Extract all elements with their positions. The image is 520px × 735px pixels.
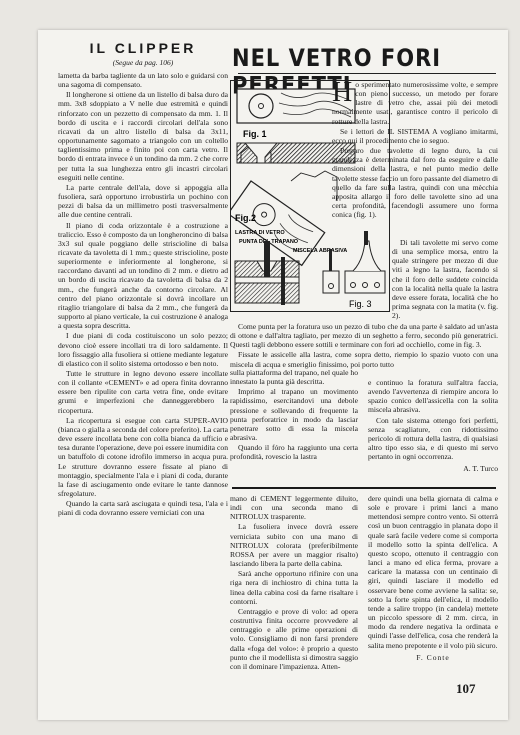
drop-cap: H <box>332 81 352 105</box>
svg-text:LASTRA DI VETRO: LASTRA DI VETRO <box>235 230 285 236</box>
vetro-fullwidth-text: Come punta per la foratura uso un pezzo … <box>230 322 498 370</box>
paragraph: Il longherone si ottiene da un listello … <box>58 90 228 182</box>
paragraph: Il piano di coda orizzontale è a costruz… <box>58 221 228 331</box>
paragraph: Se i lettori de IL SISTEMA A vogliano im… <box>332 127 498 145</box>
paragraph: La parte centrale dell'ala, dove si appo… <box>58 183 228 220</box>
page-number: 107 <box>456 681 476 697</box>
paragraph: Fissate le assicelle alla lastra, come s… <box>230 350 498 368</box>
svg-text:MISCELA ABRASIVA: MISCELA ABRASIVA <box>293 248 347 254</box>
vetro-intro-column: Ho sperimentato numerosissime volte, e s… <box>332 80 498 220</box>
vetro-narrow-column: Di tali tavolette mi servo come di una s… <box>392 238 498 321</box>
clipper-title: IL CLIPPER <box>58 40 228 56</box>
paragraph: Tutte le strutture in legno devono esser… <box>58 369 228 415</box>
paragraph: lametta da barba tagliente da un lato so… <box>58 71 228 89</box>
vetro-col-a: sulla piattaforma del trapano, nel quale… <box>230 368 358 463</box>
clipper-continuation-col2: dere quindi una bella giornata di calma … <box>368 494 498 662</box>
paragraph: Imprimo al trapano un movimento rapidiss… <box>230 387 358 442</box>
paragraph: Quando il fóro ha raggiunto una certa pr… <box>230 443 358 461</box>
clipper-subtitle: (Segue da pag. 106) <box>58 58 228 67</box>
paragraph: Sarà anche opportuno rifinire con una ri… <box>230 569 358 606</box>
paragraph: La fusoliera invece dovrà essere vernici… <box>230 522 358 568</box>
paragraph: Centraggio e prove di volo: ad opera cos… <box>230 607 358 671</box>
paragraph: Come punta per la foratura uso un pezzo … <box>230 322 498 349</box>
paragraph: Quando la carta sarà asciugata e quindi … <box>58 499 228 517</box>
paragraph: dere quindi una bella giornata di calma … <box>368 494 498 650</box>
svg-text:Fig. 1: Fig. 1 <box>243 129 267 139</box>
paragraph: mano di CEMENT leggermente diluito, indi… <box>230 494 358 521</box>
paragraph: La ricopertura si esegue con carta SUPER… <box>58 416 228 498</box>
author-signature: A. T. Turco <box>368 464 498 473</box>
intro-paragraph: Ho sperimentato numerosissime volte, e s… <box>332 80 498 126</box>
paragraph: Preparo due tavolette di legno duro, la … <box>332 146 498 219</box>
vetro-col-b: e continuo la foratura sull'altra faccia… <box>368 378 498 474</box>
clipper-continuation-col1: mano di CEMENT leggermente diluito, indi… <box>230 494 358 672</box>
paragraph: sulla piattaforma del trapano, nel quale… <box>230 368 358 386</box>
paragraph: I due piani di coda costituiscono un sol… <box>58 331 228 368</box>
clipper-column: lametta da barba tagliente da un lato so… <box>58 71 228 519</box>
paragraph: e continuo la foratura sull'altra faccia… <box>368 378 498 415</box>
author-signature: F. Conte <box>368 653 498 662</box>
svg-text:Fig.2: Fig.2 <box>235 213 256 223</box>
article-divider <box>232 487 496 489</box>
paragraph: Di tali tavolette mi servo come di una s… <box>392 238 498 320</box>
title-divider <box>238 73 496 74</box>
svg-text:Fig. 3: Fig. 3 <box>349 299 372 309</box>
clipper-header: IL CLIPPER (Segue da pag. 106) <box>58 40 228 67</box>
paragraph: Con tale sistema ottengo fori perfetti, … <box>368 416 498 462</box>
